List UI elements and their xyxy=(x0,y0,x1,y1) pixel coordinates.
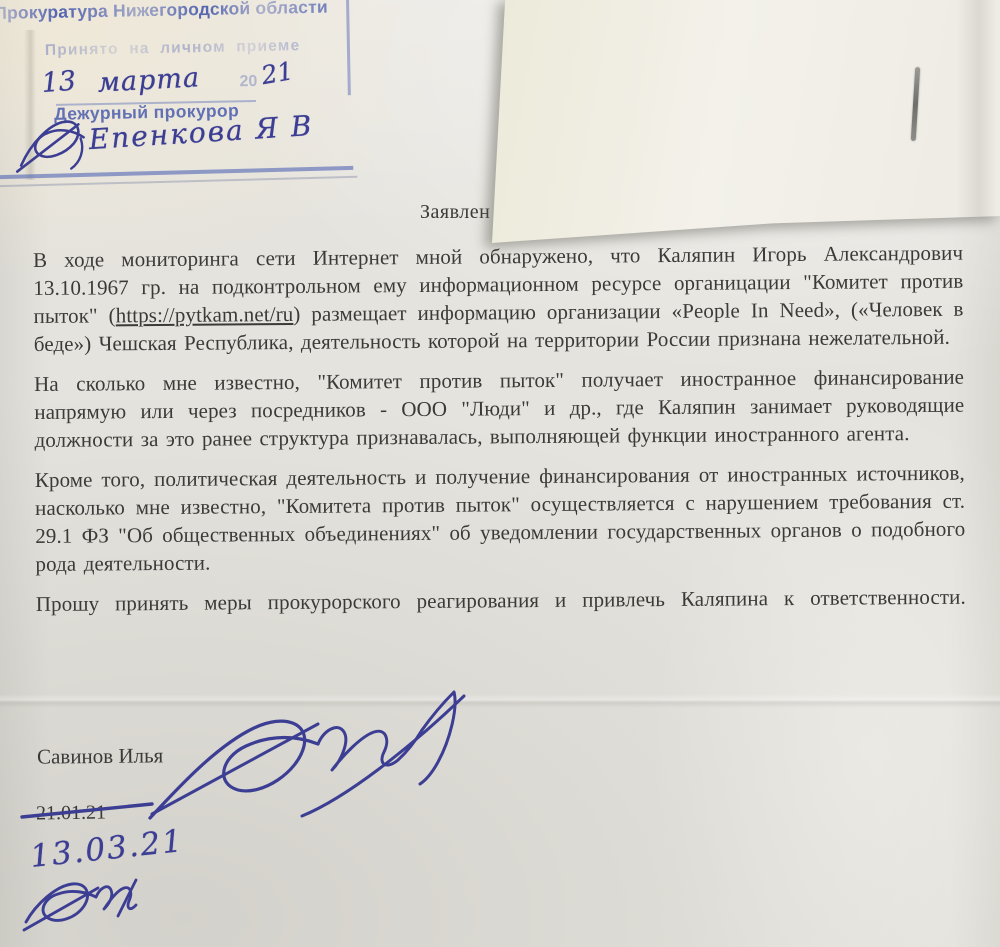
savinov-signature xyxy=(146,686,482,822)
staple-icon xyxy=(911,67,921,141)
document-link: https://pytkam.net/ru xyxy=(116,302,294,327)
paragraph-4: Прошу принять меры прокурорского реагиро… xyxy=(36,583,966,618)
prosecutor-stamp: Прокуратура Нижегородской области Принят… xyxy=(0,0,370,198)
overlapping-paper-surface xyxy=(492,0,1000,243)
handwritten-date: 13.03.21 xyxy=(29,823,186,875)
document-body: В ходе мониторинга сети Интернет мной об… xyxy=(33,239,966,630)
stamp-org-line: Прокуратура Нижегородской области xyxy=(0,0,356,24)
stamp-handwritten-year: 21 xyxy=(259,56,295,90)
signer-name: Савинов Илья xyxy=(37,743,164,769)
paragraph-2: На сколько мне известно, "Комитет против… xyxy=(34,363,965,454)
document-title: Заявлен xyxy=(420,201,490,224)
photographed-document: Прокуратура Нижегородской области Принят… xyxy=(0,0,1000,947)
paragraph-1: В ходе мониторинга сети Интернет мной об… xyxy=(33,239,964,358)
overlapping-paper-sheet xyxy=(492,0,1000,243)
stamp-border-bottom-secondary xyxy=(0,176,357,188)
stamp-handwritten-month: марта xyxy=(97,62,201,98)
prosecutor-signature-flourish xyxy=(12,112,93,178)
stamp-received-line: Принято на личном приеме xyxy=(45,37,301,60)
strikethrough-line xyxy=(20,798,156,822)
stamp-year-printed: 20 xyxy=(239,73,257,91)
paragraph-3: Кроме того, политическая деятельность и … xyxy=(35,459,966,578)
stamp-handwritten-day: 13 xyxy=(40,66,76,99)
bottom-signature xyxy=(22,872,142,942)
